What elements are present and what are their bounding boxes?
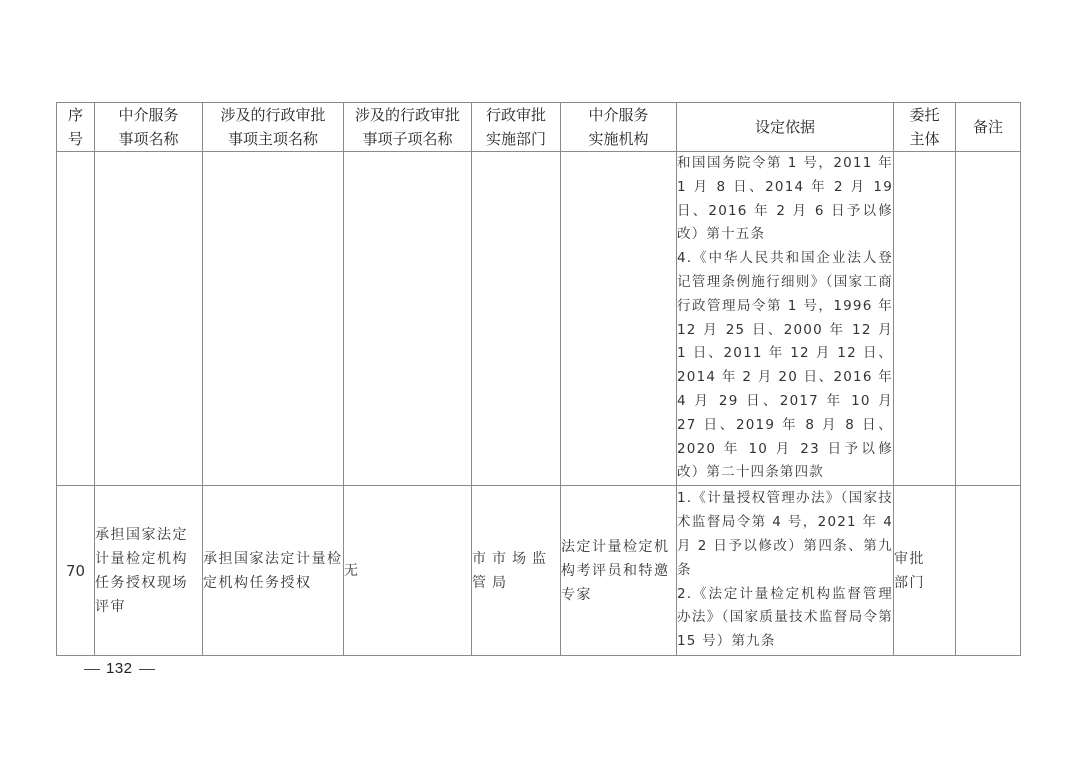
header-agency: 中介服务实施机构	[561, 103, 677, 152]
page-number: 132	[78, 660, 161, 677]
cell-remark	[956, 152, 1021, 486]
cell-department	[472, 152, 561, 486]
header-department: 行政审批实施部门	[472, 103, 561, 152]
header-row: 序号 中介服务事项名称 涉及的行政审批事项主项名称 涉及的行政审批事项子项名称 …	[57, 103, 1021, 152]
item-table: 序号 中介服务事项名称 涉及的行政审批事项主项名称 涉及的行政审批事项子项名称 …	[56, 102, 1021, 656]
header-sub-item: 涉及的行政审批事项子项名称	[344, 103, 472, 152]
cell-main-item: 承担国家法定计量检定机构任务授权	[203, 486, 344, 656]
header-seq: 序号	[57, 103, 95, 152]
cell-service-name: 承担国家法定计量检定机构任务授权现场评审	[95, 486, 203, 656]
cell-agency: 法定计量检定机构考评员和特邀专家	[561, 486, 677, 656]
header-service-name: 中介服务事项名称	[95, 103, 203, 152]
cell-agency	[561, 152, 677, 486]
cell-entrust	[894, 152, 956, 486]
cell-sub-item: 无	[344, 486, 472, 656]
table-row: 70 承担国家法定计量检定机构任务授权现场评审 承担国家法定计量检定机构任务授权…	[57, 486, 1021, 656]
cell-entrust: 审批部门	[894, 486, 956, 656]
header-main-item: 涉及的行政审批事项主项名称	[203, 103, 344, 152]
cell-basis: 1.《计量授权管理办法》（国家技术监督局令第 4 号，2021 年 4 月 2 …	[677, 486, 894, 656]
cell-basis: 和国国务院令第 1 号，2011 年 1 月 8 日、2014 年 2 月 19…	[677, 152, 894, 486]
header-remark: 备注	[956, 103, 1021, 152]
dash-left	[84, 669, 100, 670]
header-entrust: 委托主体	[894, 103, 956, 152]
cell-seq: 70	[57, 486, 95, 656]
cell-seq	[57, 152, 95, 486]
dash-right	[139, 669, 155, 670]
table-row: 和国国务院令第 1 号，2011 年 1 月 8 日、2014 年 2 月 19…	[57, 152, 1021, 486]
cell-service-name	[95, 152, 203, 486]
header-basis: 设定依据	[677, 103, 894, 152]
cell-remark	[956, 486, 1021, 656]
cell-main-item	[203, 152, 344, 486]
cell-sub-item	[344, 152, 472, 486]
cell-department: 市市场监管局	[472, 486, 561, 656]
